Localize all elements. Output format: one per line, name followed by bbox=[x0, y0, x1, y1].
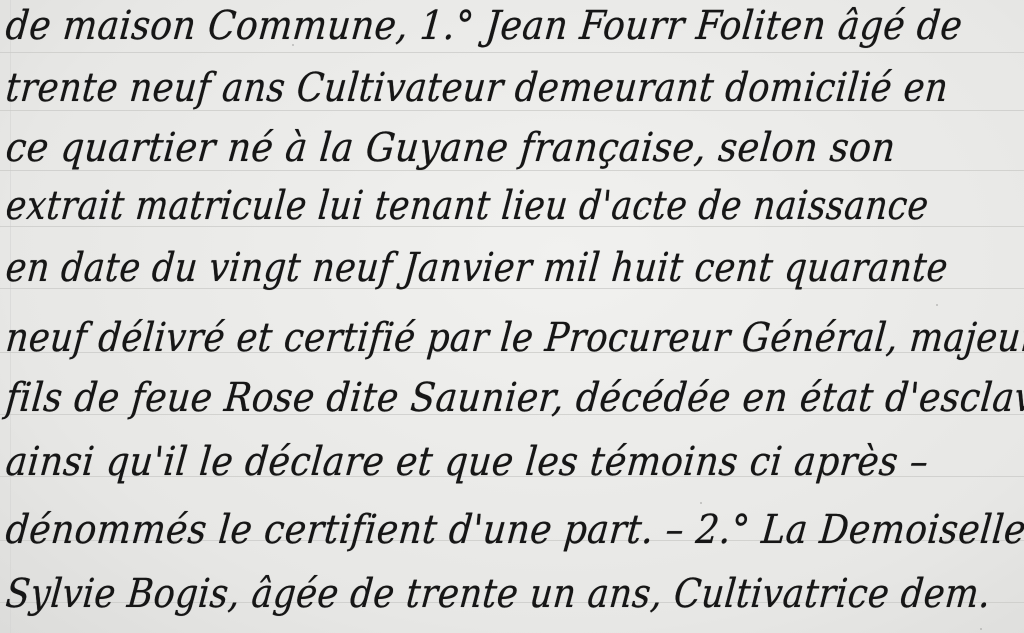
handwritten-line-7: fils de feue Rose dite Saunier, décédée … bbox=[4, 378, 1024, 418]
handwritten-line-5: en date du vingt neuf Janvier mil huit c… bbox=[4, 248, 950, 288]
scan-speck bbox=[292, 44, 294, 46]
scan-speck bbox=[700, 502, 702, 504]
handwritten-line-4: extrait matricule lui tenant lieu d'acte… bbox=[4, 186, 930, 226]
document-page: de maison Commune, 1.° Jean Fourr Folite… bbox=[0, 0, 1024, 633]
scan-speck bbox=[640, 210, 642, 212]
handwritten-line-9: dénommés le certifient d'une part. – 2.°… bbox=[4, 510, 1024, 550]
scan-speck bbox=[980, 628, 982, 630]
handwritten-line-3: ce quartier né à la Guyane française, se… bbox=[4, 128, 897, 168]
handwritten-line-1: de maison Commune, 1.° Jean Fourr Folite… bbox=[4, 6, 964, 46]
handwritten-line-10: Sylvie Bogis, âgée de trente un ans, Cul… bbox=[4, 574, 992, 614]
scan-speck bbox=[936, 304, 938, 306]
handwritten-line-6: neuf délivré et certifié par le Procureu… bbox=[4, 318, 1024, 358]
ruled-line bbox=[0, 52, 1024, 53]
handwritten-line-2: trente neuf ans Cultivateur demeurant do… bbox=[4, 68, 950, 108]
handwritten-line-8: ainsi qu'il le déclare et que les témoin… bbox=[4, 442, 930, 482]
